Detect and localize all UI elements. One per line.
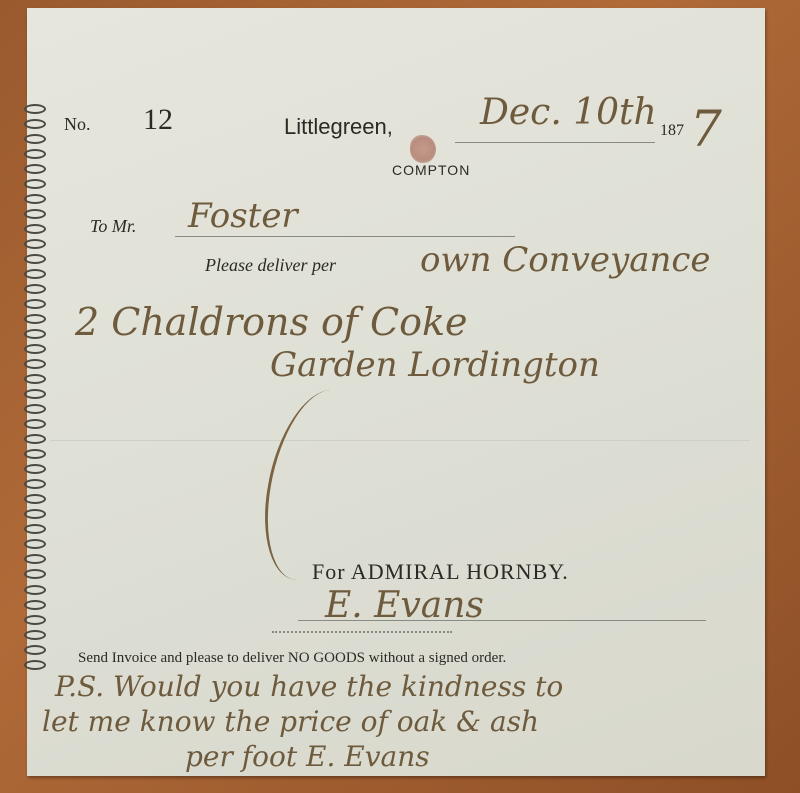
- spiral-loop: [24, 239, 46, 249]
- place-subtitle: COMPTON: [392, 162, 470, 178]
- to-name: Foster: [188, 196, 298, 236]
- number-label: No.: [64, 114, 91, 135]
- spiral-loop: [24, 359, 46, 369]
- year-printed: 187: [660, 122, 684, 140]
- spiral-loop: [24, 344, 46, 354]
- postscript-line-1: P.S. Would you have the kindness to: [55, 670, 563, 703]
- date-rule: [455, 142, 655, 143]
- spiral-loop: [24, 149, 46, 159]
- spiral-loop: [24, 464, 46, 474]
- postscript-line-2: let me know the price of oak & ash: [42, 705, 539, 738]
- deliver-via: own Conveyance: [420, 240, 711, 280]
- order-line-1: 2 Chaldrons of Coke: [75, 300, 468, 344]
- date-handwritten: Dec. 10th: [480, 92, 657, 133]
- spiral-loop: [24, 374, 46, 384]
- faint-rule: [50, 440, 750, 441]
- spiral-loop: [24, 299, 46, 309]
- spiral-loop: [24, 104, 46, 114]
- deliver-label: Please deliver per: [205, 255, 336, 276]
- spiral-loop: [24, 314, 46, 324]
- number-value: 12: [143, 103, 173, 137]
- spiral-loop: [24, 209, 46, 219]
- spiral-loop: [24, 254, 46, 264]
- spiral-loop: [24, 419, 46, 429]
- signature-rule: [298, 620, 706, 621]
- paper-hole: [410, 135, 436, 163]
- spiral-loop: [24, 524, 46, 534]
- for-label: For ADMIRAL HORNBY.: [312, 559, 569, 585]
- spiral-loop: [24, 269, 46, 279]
- spiral-binding: [22, 104, 52, 670]
- spiral-loop: [24, 479, 46, 489]
- spiral-loop: [24, 224, 46, 234]
- wavy-rule: [272, 627, 452, 633]
- spiral-loop: [24, 194, 46, 204]
- spiral-loop: [24, 615, 46, 625]
- spiral-loop: [24, 449, 46, 459]
- spiral-loop: [24, 600, 46, 610]
- spiral-loop: [24, 494, 46, 504]
- spiral-loop: [24, 134, 46, 144]
- spiral-loop: [24, 119, 46, 129]
- spiral-loop: [24, 645, 46, 655]
- spiral-loop: [24, 509, 46, 519]
- spiral-loop: [24, 585, 46, 595]
- spiral-loop: [24, 284, 46, 294]
- spiral-loop: [24, 179, 46, 189]
- spiral-loop: [24, 389, 46, 399]
- spiral-loop: [24, 404, 46, 414]
- spiral-loop: [24, 660, 46, 670]
- spiral-loop: [24, 630, 46, 640]
- spiral-loop: [24, 434, 46, 444]
- order-line-2: Garden Lordington: [270, 345, 600, 385]
- to-rule: [175, 236, 515, 237]
- to-label: To Mr.: [90, 216, 136, 237]
- postscript-line-3: per foot E. Evans: [185, 740, 430, 773]
- spiral-loop: [24, 569, 46, 579]
- spiral-loop: [24, 554, 46, 564]
- spiral-loop: [24, 329, 46, 339]
- spiral-loop: [24, 539, 46, 549]
- spiral-loop: [24, 164, 46, 174]
- footer-printed: Send Invoice and please to deliver NO GO…: [78, 650, 506, 667]
- year-handwritten-digit: 7: [690, 100, 722, 158]
- place-printed: Littlegreen,: [284, 114, 393, 140]
